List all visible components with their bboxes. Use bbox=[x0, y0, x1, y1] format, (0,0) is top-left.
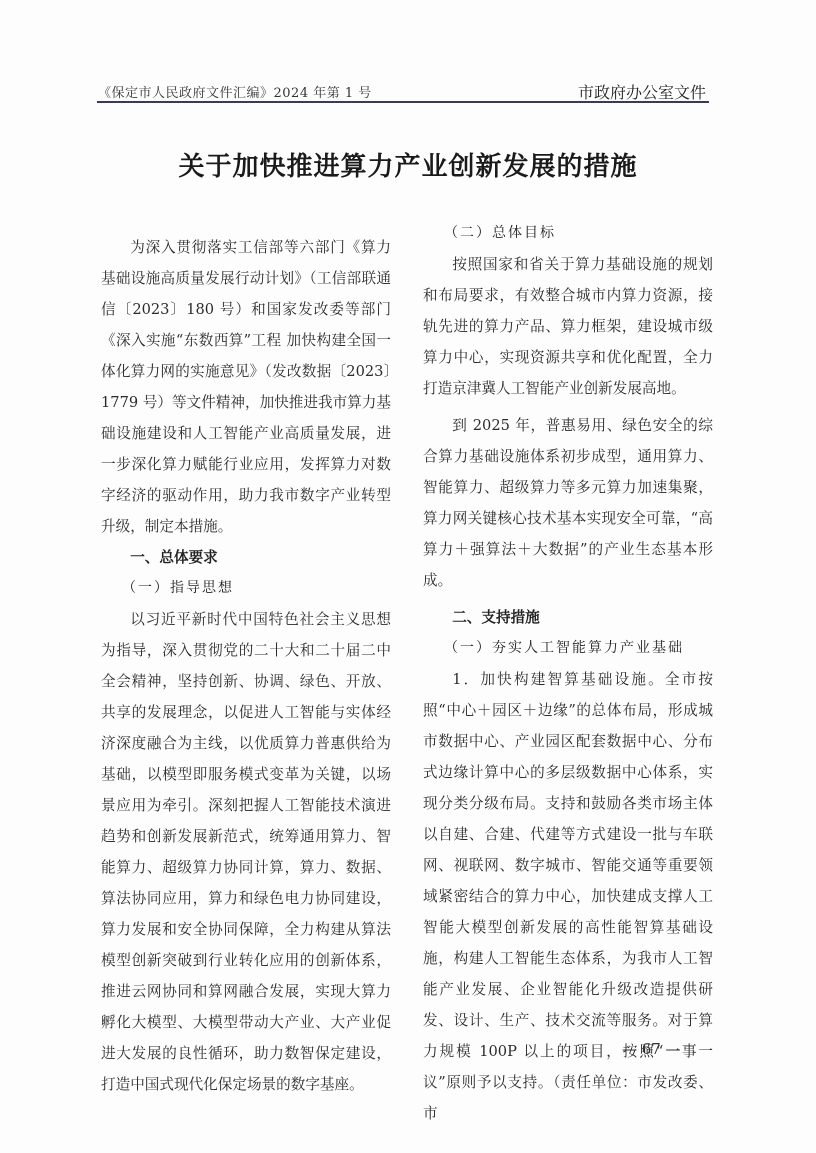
subsection-heading-overall-goal: （二）总体目标 bbox=[423, 218, 713, 249]
overall-goal-paragraph-2: 到 2025 年，普惠易用、绿色安全的综合算力基础设施体系初步成型，通用算力、智… bbox=[423, 410, 713, 596]
document-page: 《保定市人民政府文件汇编》2024 年第 1 号 市政府办公室文件 关于加快推进… bbox=[0, 0, 816, 1153]
section-heading-general-requirements: 一、总体要求 bbox=[101, 542, 391, 573]
left-column: 为深入贯彻落实工信部等六部门《算力基础设施高质量发展行动计划》（工信部联通信〔2… bbox=[101, 232, 391, 1100]
overall-goal-paragraph-1: 按照国家和省关于算力基础设施的规划和布局要求，有效整合城市内算力资源，接轨先进的… bbox=[423, 249, 713, 404]
section-label: 市政府办公室文件 bbox=[578, 80, 706, 103]
publication-name: 《保定市人民政府文件汇编》2024 年第 1 号 bbox=[98, 82, 372, 101]
measure-item-1-paragraph: 1．加快构建智算基础设施。全市按照“中心＋园区＋边缘”的总体布局，形成城市数据中… bbox=[423, 664, 713, 1129]
section-heading-support-measures: 二、支持措施 bbox=[423, 602, 713, 633]
intro-paragraph: 为深入贯彻落实工信部等六部门《算力基础设施高质量发展行动计划》（工信部联通信〔2… bbox=[101, 232, 391, 542]
running-header: 《保定市人民政府文件汇编》2024 年第 1 号 市政府办公室文件 bbox=[98, 80, 710, 102]
page-number: — 67 — bbox=[622, 1040, 681, 1058]
header-divider bbox=[97, 101, 709, 103]
subsection-heading-guiding-ideology: （一）指导思想 bbox=[101, 573, 391, 604]
document-title: 关于加快推进算力产业创新发展的措施 bbox=[0, 146, 816, 183]
subsection-heading-ai-foundation: （一）夯实人工智能算力产业基础 bbox=[423, 633, 713, 664]
right-column: （二）总体目标 按照国家和省关于算力基础设施的规划和布局要求，有效整合城市内算力… bbox=[423, 218, 713, 1129]
guiding-ideology-paragraph: 以习近平新时代中国特色社会主义思想为指导，深入贯彻党的二十大和二十届二中全会精神… bbox=[101, 604, 391, 1100]
